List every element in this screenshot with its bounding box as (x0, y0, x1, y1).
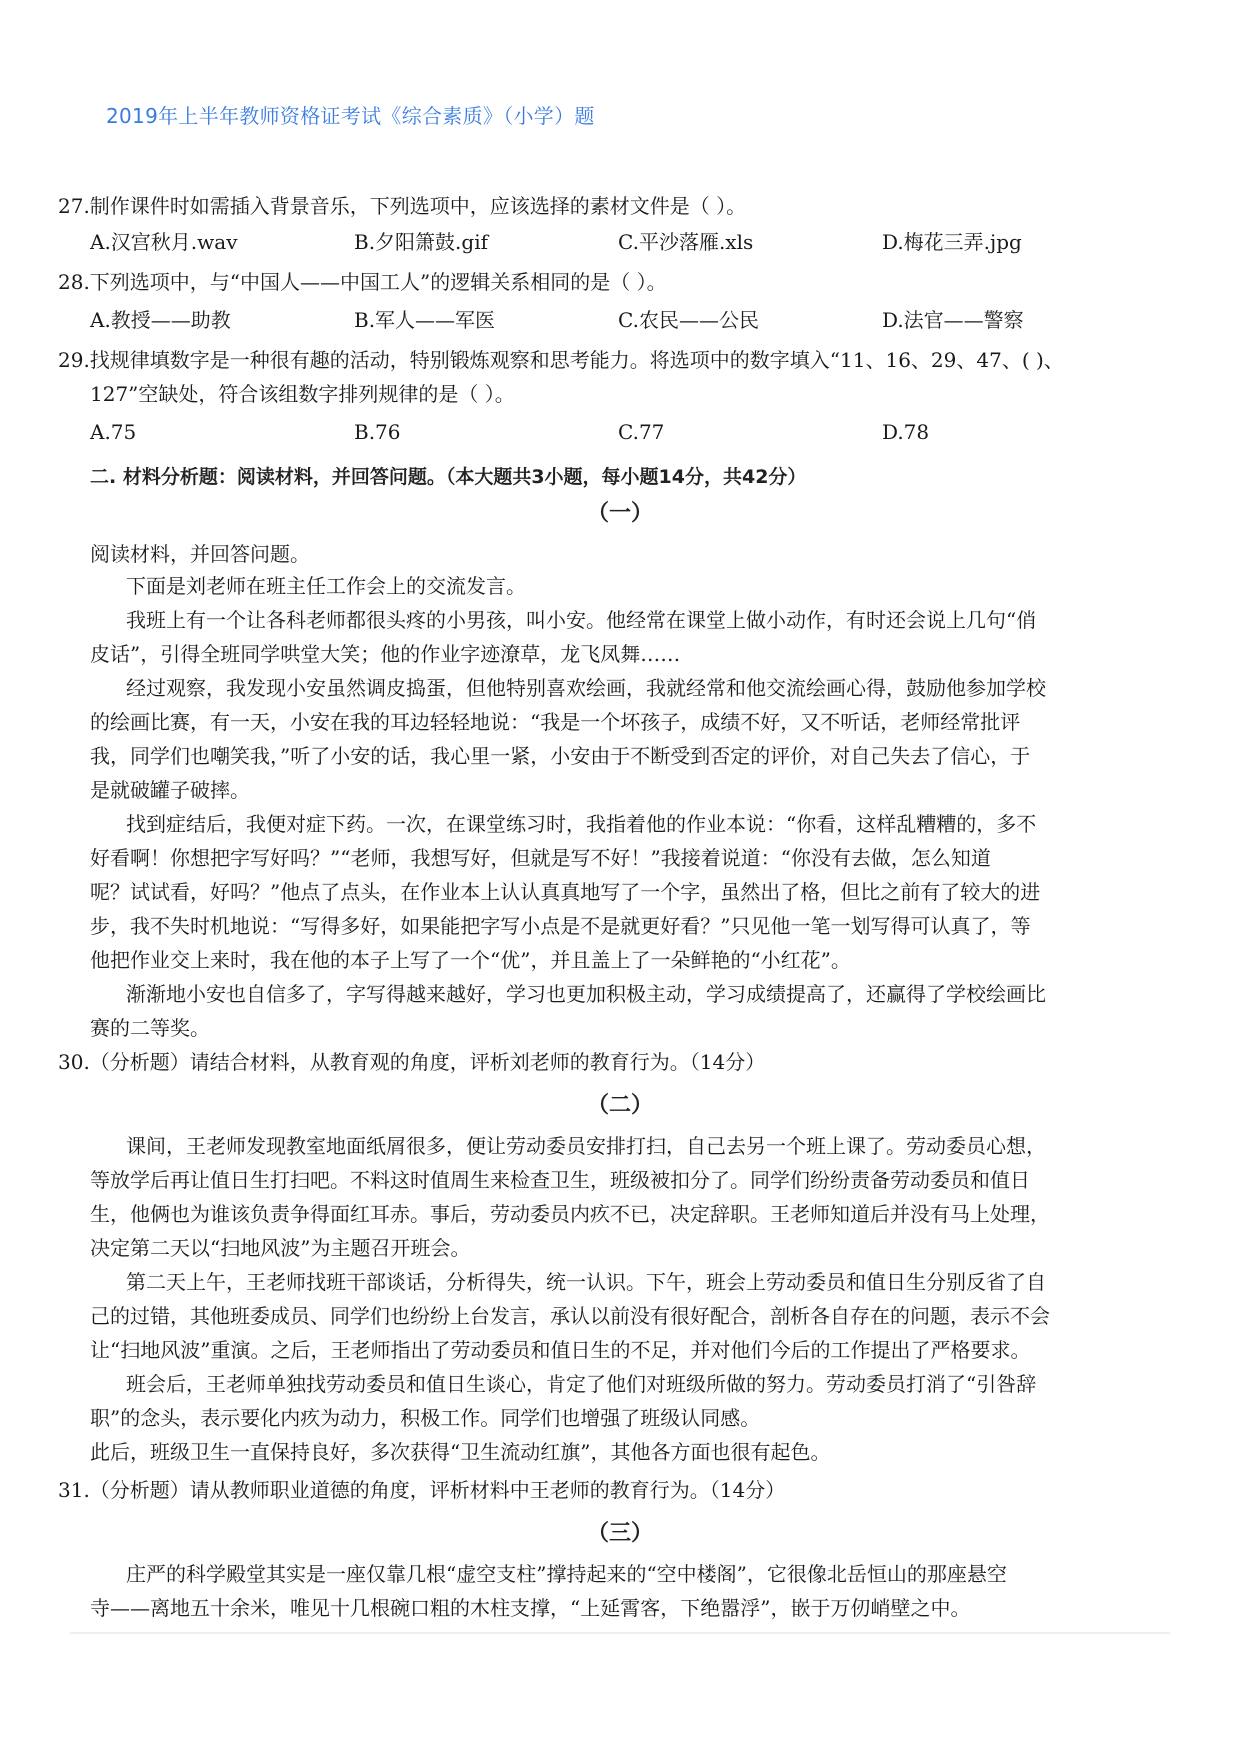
paragraph-line: 下面是刘老师在班主任工作会上的交流发言。 (126, 572, 526, 600)
section-heading: 二. 材料分析题：阅读材料，并回答问题。（本大题共3小题，每小题14分，共42分… (90, 462, 806, 489)
paragraph-line: 步，我不失时机地说：“写得多好，如果能把字写小点是不是就更好看？”只见他一笔一划… (90, 912, 1030, 940)
paragraph-line: 经过观察，我发现小安虽然调皮捣蛋，但他特别喜欢绘画，我就经常和他交流绘画心得，鼓… (126, 674, 1046, 702)
part-label-2: （二） (0, 1088, 1240, 1119)
paragraph-line: 庄严的科学殿堂其实是一座仅靠几根“虚空支柱”撑持起来的“空中楼阁”，它很像北岳恒… (126, 1560, 1007, 1588)
option-c: C.平沙落雁.xls (618, 228, 753, 256)
paragraph-line: 己的过错，其他班委成员、同学们也纷纷上台发言，承认以前没有很好配合，剖析各自存在… (90, 1302, 1050, 1330)
question-29-cont: 127”空缺处，符合该组数字排列规律的是（ ）。 (90, 380, 515, 408)
part-label-3: （三） (0, 1516, 1240, 1547)
option-b: B.军人——军医 (354, 306, 495, 334)
option-a: A.教授——助教 (90, 306, 231, 334)
paragraph-line: 决定第二天以“扫地风波”为主题召开班会。 (90, 1234, 470, 1262)
paragraph-line: 呢？试试看，好吗？”他点了点头，在作业本上认认真真地写了一个字，虽然出了格，但比… (90, 878, 1040, 906)
paragraph-line: 是就破罐子破摔。 (90, 776, 250, 804)
paragraph-line: 渐渐地小安也自信多了，字写得越来越好，学习也更加积极主动，学习成绩提高了，还赢得… (126, 980, 1046, 1008)
paragraph-line: 第二天上午，王老师找班干部谈话，分析得失，统一认识。下午，班会上劳动委员和值日生… (126, 1268, 1046, 1296)
part-label-1: （一） (0, 496, 1240, 527)
option-a: A.汉宫秋月.wav (90, 228, 238, 256)
option-b: B.夕阳箫鼓.gif (354, 228, 488, 256)
paragraph-line: 好看啊！你想把字写好吗？”“老师，我想写好，但就是写不好！”我接着说道：“你没有… (90, 844, 991, 872)
paragraph-line: 让“扫地风波”重演。之后，王老师指出了劳动委员和值日生的不足，并对他们今后的工作… (90, 1336, 1030, 1364)
page-title: 2019年上半年教师资格证考试《综合素质》（小学）题 (106, 100, 595, 129)
footer-divider (70, 1632, 1170, 1634)
option-d: D.法官——警察 (882, 306, 1024, 334)
paragraph-line: 等放学后再让值日生打扫吧。不料这时值周生来检查卫生，班级被扣分了。同学们纷纷责备… (90, 1166, 1030, 1194)
question-28: 28.下列选项中，与“中国人——中国工人”的逻辑关系相同的是（ ）。 (58, 268, 667, 296)
paragraph-line: 课间，王老师发现教室地面纸屑很多，便让劳动委员安排打扫，自己去另一个班上课了。劳… (126, 1132, 1046, 1160)
paragraph-line: 找到症结后，我便对症下药。一次，在课堂练习时，我指着他的作业本说：“你看，这样乱… (126, 810, 1036, 838)
option-c: C.农民——公民 (618, 306, 759, 334)
paragraph-line: 皮话”，引得全班同学哄堂大笑；他的作业字迹潦草，龙飞凤舞…… (90, 640, 680, 668)
question-29: 29.找规律填数字是一种很有趣的活动，特别锻炼观察和思考能力。将选项中的数字填入… (58, 346, 1064, 374)
question-30: 30.（分析题）请结合材料，从教育观的角度，评析刘老师的教育行为。（14分） (58, 1048, 765, 1076)
paragraph-line: 生，他俩也为谁该负责争得面红耳赤。事后，劳动委员内疚不已，决定辞职。王老师知道后… (90, 1200, 1050, 1228)
option-b: B.76 (354, 418, 401, 446)
paragraph-line: 的绘画比赛，有一天，小安在我的耳边轻轻地说：“我是一个坏孩子，成绩不好，又不听话… (90, 708, 1020, 736)
option-c: C.77 (618, 418, 664, 446)
paragraph-line: 阅读材料，并回答问题。 (90, 540, 310, 568)
option-d: D.梅花三弄.jpg (882, 228, 1022, 256)
paragraph-line: 我班上有一个让各科老师都很头疼的小男孩，叫小安。他经常在课堂上做小动作，有时还会… (126, 606, 1036, 634)
paragraph-line: 职”的念头，表示要化内疚为动力，积极工作。同学们也增强了班级认同感。 (90, 1404, 760, 1432)
paragraph-line: 寺——离地五十余米，唯见十几根碗口粗的木柱支撑，“上延霄客，下绝嚣浮”，嵌于万仞… (90, 1594, 970, 1622)
paragraph-line: 他把作业交上来时，我在他的本子上写了一个“优”，并且盖上了一朵鲜艳的“小红花”。 (90, 946, 851, 974)
paragraph-line: 我，同学们也嘲笑我，”听了小安的话，我心里一紧，小安由于不断受到否定的评价，对自… (90, 742, 1030, 770)
question-27: 27.制作课件时如需插入背景音乐，下列选项中，应该选择的素材文件是（ ）。 (58, 192, 746, 220)
question-31: 31.（分析题）请从教师职业道德的角度，评析材料中王老师的教育行为。（14分） (58, 1476, 785, 1504)
option-d: D.78 (882, 418, 929, 446)
paragraph-line: 此后，班级卫生一直保持良好，多次获得“卫生流动红旗”，其他各方面也很有起色。 (90, 1438, 830, 1466)
paragraph-line: 班会后，王老师单独找劳动委员和值日生谈心，肯定了他们对班级所做的努力。劳动委员打… (126, 1370, 1036, 1398)
paragraph-line: 赛的二等奖。 (90, 1014, 210, 1042)
option-a: A.75 (90, 418, 136, 446)
